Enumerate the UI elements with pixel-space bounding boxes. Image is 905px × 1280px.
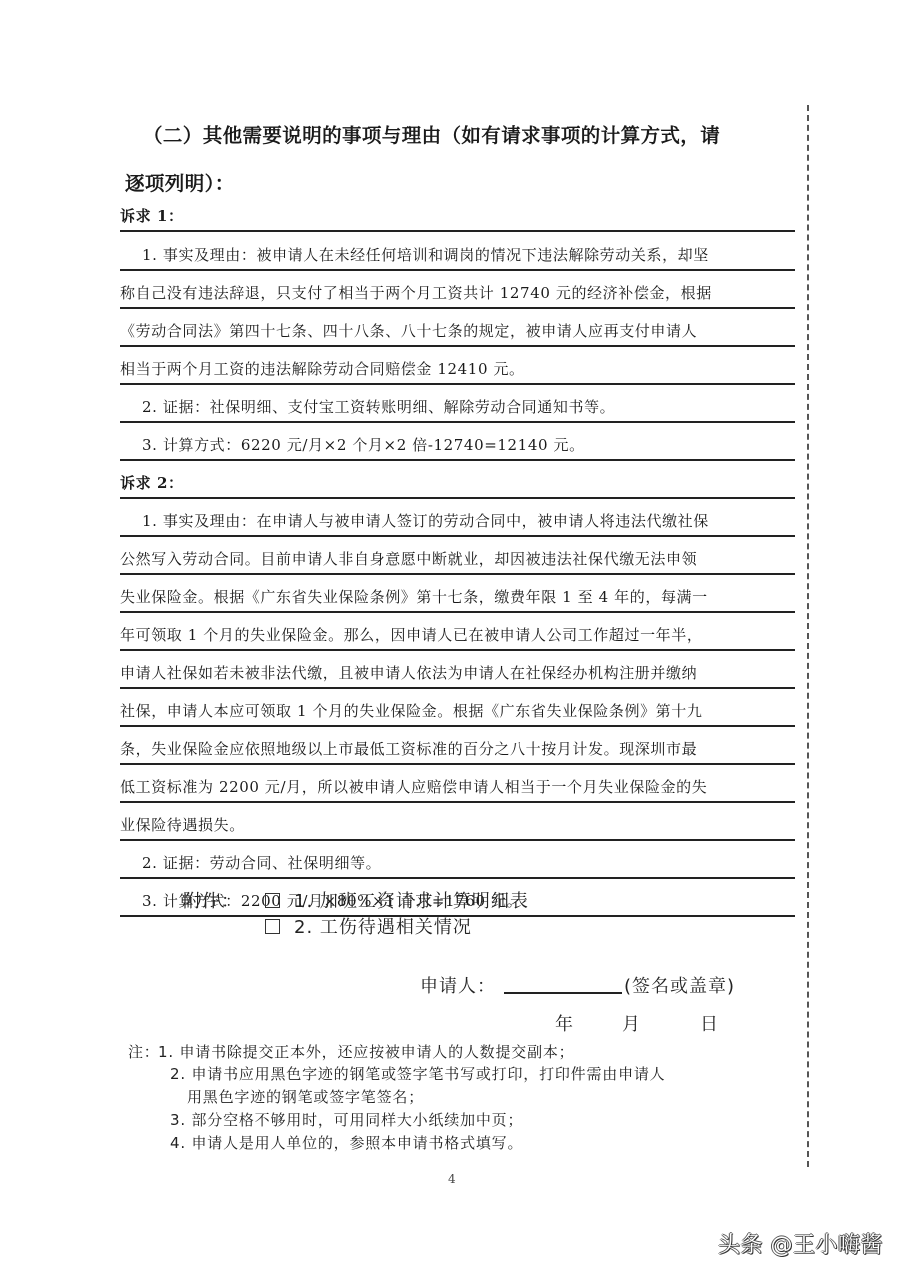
applicant-label: 申请人：	[420, 976, 496, 997]
attachments-label: 附件：	[183, 889, 240, 915]
section-heading-line1: （二）其他需要说明的事项与理由（如有请求事项的计算方式，请	[143, 112, 823, 160]
binding-dashed-line	[807, 105, 809, 1167]
document-page: （二）其他需要说明的事项与理由（如有请求事项的计算方式，请 逐项列明）： 诉求 …	[0, 0, 905, 1280]
watermark: 头条 @王小嗨酱	[718, 1228, 883, 1259]
attachment-item-label: 2. 工伤待遇相关情况	[294, 917, 472, 938]
note-item: 2. 申请书应用黑色字迹的钢笔或签字笔书写或打印，打印件需由申请人	[170, 1063, 665, 1086]
note-item: 1. 申请书除提交正本外，还应按被申请人的人数提交副本；	[158, 1041, 574, 1064]
claim-1-fact-line: 1. 事实及理由：被申请人在未经任何培训和调岗的情况下违法解除劳动关系，却坚	[120, 241, 795, 271]
section-heading-line2: 逐项列明）：	[125, 160, 805, 208]
notes-prefix: 注：	[128, 1041, 160, 1064]
date-year: 年	[555, 1010, 574, 1036]
claim-1-fact-line: 相当于两个月工资的违法解除劳动合同赔偿金 12410 元。	[120, 355, 795, 385]
claim-2-fact-line: 条，失业保险金应依照地级以上市最低工资标准的百分之八十按月计发。现深圳市最	[120, 735, 795, 765]
checkbox[interactable]	[265, 919, 280, 934]
claim-2-fact-line: 低工资标准为 2200 元/月，所以被申请人应赔偿申请人相当于一个月失业保险金的…	[120, 773, 795, 803]
date-day: 日	[700, 1010, 719, 1036]
attachment-item-1[interactable]: 1. 加班工资请求计算明细表	[265, 889, 529, 915]
claim-2-fact-line: 失业保险金。根据《广东省失业保险条例》第十七条，缴费年限 1 至 4 年的，每满…	[120, 583, 795, 613]
checkbox[interactable]	[265, 893, 280, 908]
page-number: 4	[448, 1172, 456, 1186]
claim-2-fact-line: 公然写入劳动合同。目前申请人非自身意愿中断就业，却因被违法社保代缴无法申领	[120, 545, 795, 575]
claim-1-title: 诉求 1：	[120, 202, 795, 232]
attachment-item-2[interactable]: 2. 工伤待遇相关情况	[265, 915, 472, 941]
claim-2-title: 诉求 2：	[120, 469, 795, 499]
claim-2-fact-line: 申请人社保如若未被非法代缴，且被申请人依法为申请人在社保经办机构注册并缴纳	[120, 659, 795, 689]
attachment-item-label: 1. 加班工资请求计算明细表	[294, 891, 529, 912]
claim-1-fact-line: 称自己没有违法辞退，只支付了相当于两个月工资共计 12740 元的经济补偿金，根…	[120, 279, 795, 309]
claim-2-fact-line: 社保，申请人本应可领取 1 个月的失业保险金。根据《广东省失业保险条例》第十九	[120, 697, 795, 727]
claim-1-fact-line: 《劳动合同法》第四十七条、四十八条、八十七条的规定，被申请人应再支付申请人	[120, 317, 795, 347]
note-item: 4. 申请人是用人单位的，参照本申请书格式填写。	[170, 1132, 523, 1155]
signature-blank-field[interactable]	[504, 974, 622, 994]
claim-2-fact-line: 业保险待遇损失。	[120, 811, 795, 841]
claim-1-calculation: 3. 计算方式：6220 元/月×2 个月×2 倍-12740=12140 元。	[120, 431, 795, 461]
sign-hint: (签名或盖章)	[624, 976, 735, 997]
applicant-signature-row: 申请人：(签名或盖章)	[420, 972, 735, 998]
note-item: 用黑色字迹的钢笔或签字笔签名；	[187, 1086, 424, 1109]
claim-1-evidence: 2. 证据：社保明细、支付宝工资转账明细、解除劳动合同通知书等。	[120, 393, 795, 423]
date-month: 月	[622, 1010, 641, 1036]
note-item: 3. 部分空格不够用时，可用同样大小纸续加中页；	[170, 1109, 523, 1132]
claim-2-evidence: 2. 证据：劳动合同、社保明细等。	[120, 849, 795, 879]
claim-2-fact-line: 1. 事实及理由：在申请人与被申请人签订的劳动合同中，被申请人将违法代缴社保	[120, 507, 795, 537]
claim-2-fact-line: 年可领取 1 个月的失业保险金。那么，因申请人已在被申请人公司工作超过一年半，	[120, 621, 795, 651]
